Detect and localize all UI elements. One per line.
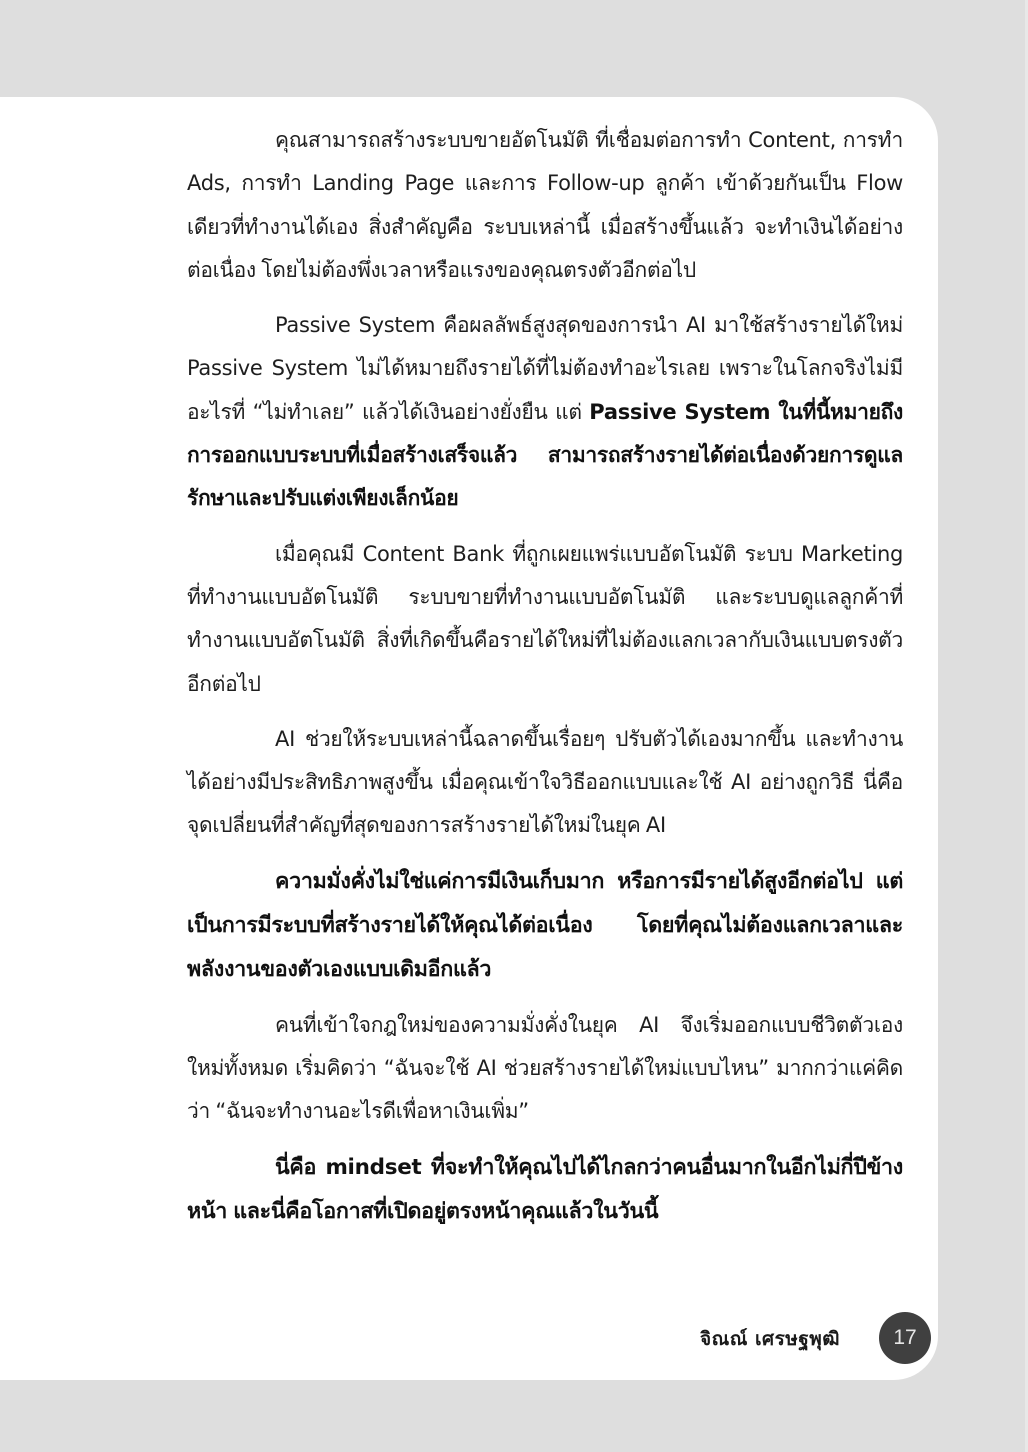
paragraph-2: Passive System คือผลลัพธ์สูงสุดของการนำ … xyxy=(187,304,903,520)
author-name: จิณณ์ เศรษฐพุฒิ xyxy=(700,1324,840,1354)
paragraph-7-emphasis: นี่คือ mindset ที่จะทำให้คุณไปได้ไกลกว่า… xyxy=(187,1146,903,1234)
paragraph-4: AI ช่วยให้ระบบเหล่านี้ฉลาดขึ้นเรื่อยๆ ปร… xyxy=(187,718,903,848)
paragraph-6: คนที่เข้าใจกฎใหม่ของความมั่งคั่งในยุค AI… xyxy=(187,1004,903,1134)
book-page: คุณสามารถสร้างระบบขายอัตโนมัติ ที่เชื่อม… xyxy=(0,97,938,1380)
page-number: 17 xyxy=(893,1326,916,1350)
paragraph-3: เมื่อคุณมี Content Bank ที่ถูกเผยแพร่แบบ… xyxy=(187,533,903,706)
page-body: คุณสามารถสร้างระบบขายอัตโนมัติ ที่เชื่อม… xyxy=(187,119,903,1246)
paragraph-1: คุณสามารถสร้างระบบขายอัตโนมัติ ที่เชื่อม… xyxy=(187,119,903,292)
paragraph-5-emphasis: ความมั่งคั่งไม่ใช่แค่การมีเงินเก็บมาก หร… xyxy=(187,860,903,992)
page-number-badge: 17 xyxy=(879,1312,931,1364)
page-footer: จิณณ์ เศรษฐพุฒิ 17 xyxy=(0,1307,938,1367)
